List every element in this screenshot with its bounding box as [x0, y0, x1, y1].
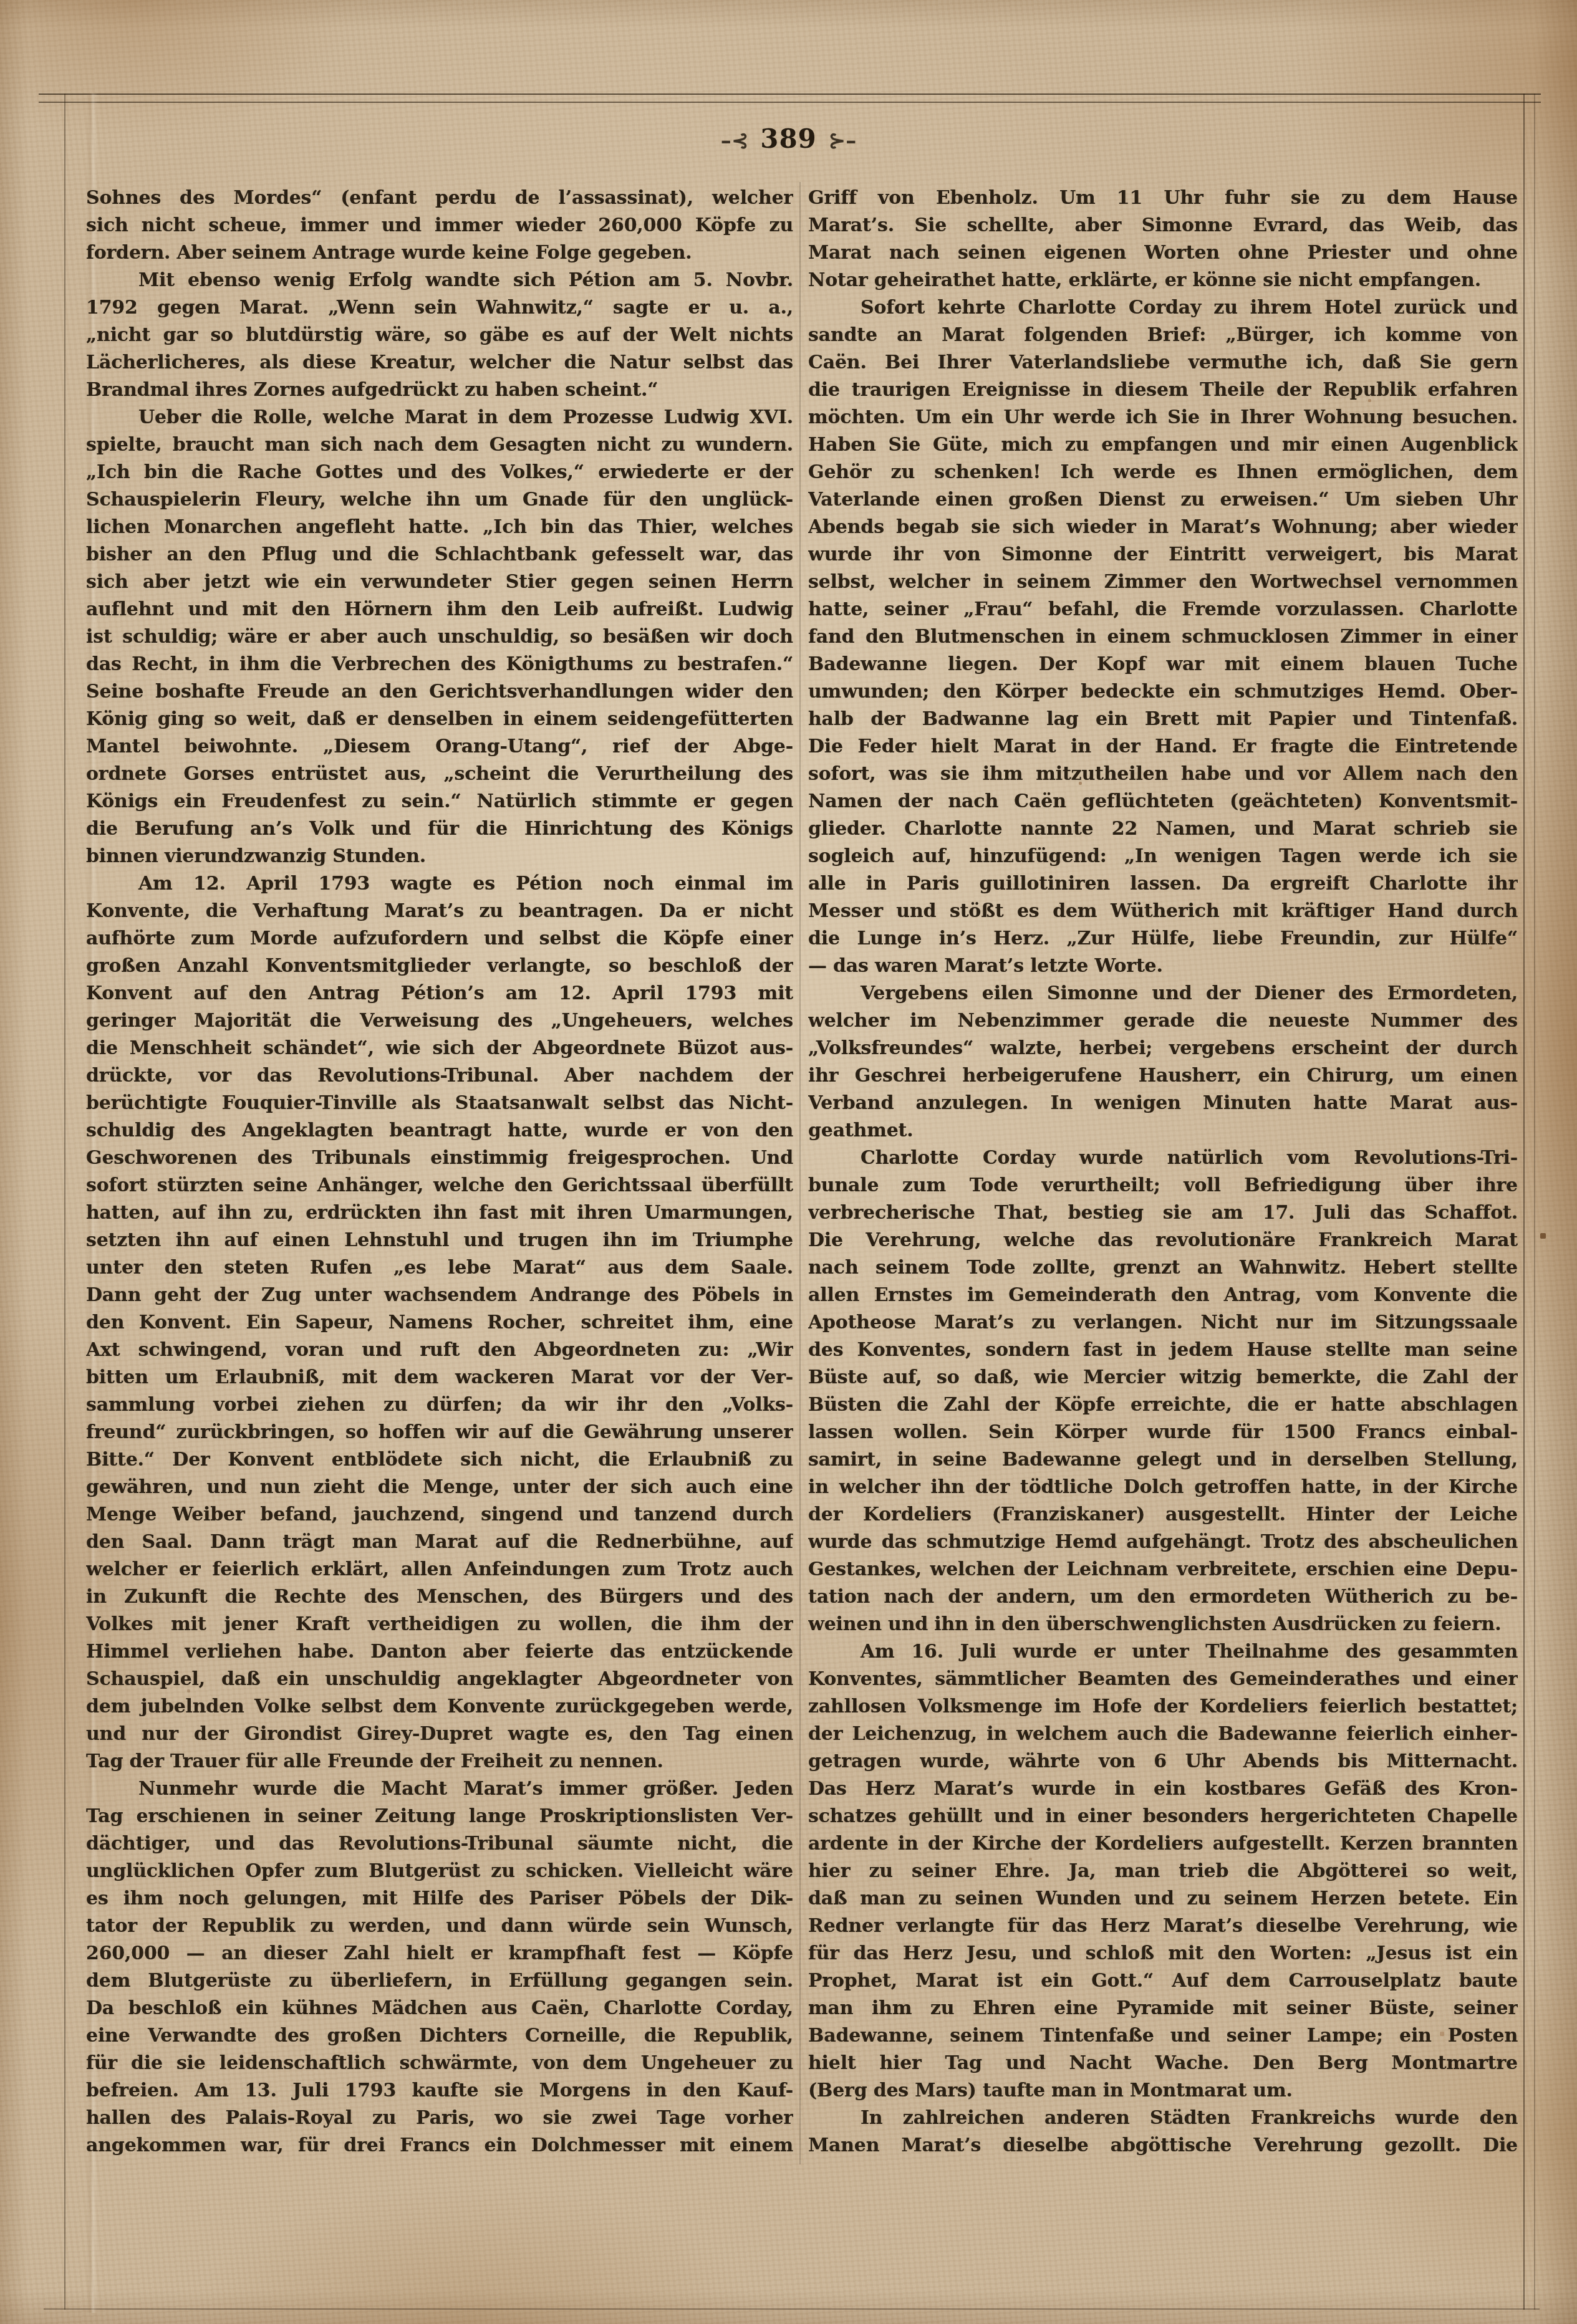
text-line: tator der Republik zu werden, und dann w… [86, 1913, 793, 1940]
text-line: unter den steten Rufen „es lebe Marat“ a… [86, 1254, 793, 1282]
text-line: bisher an den Pflug und die Schlachtbank… [86, 541, 793, 569]
text-line: Messer und stößt es dem Wütherich mit kr… [808, 898, 1518, 925]
text-line: sich nicht scheue, immer und immer wiede… [86, 212, 793, 239]
text-line: ist schuldig; wäre er aber auch unschuld… [86, 623, 793, 651]
text-line: Caën. Bei Ihrer Vaterlandsliebe vermuthe… [808, 349, 1518, 377]
text-line: Verband anzulegen. In wenigen Minuten ha… [808, 1090, 1518, 1117]
left-border-rule [64, 94, 65, 2310]
text-line: hielt hier Tag und Nacht Wache. Den Berg… [808, 2050, 1518, 2077]
text-line: hier zu seiner Ehre. Ja, man trieb die A… [808, 1858, 1518, 1885]
page-number-ornament-left: –⊰ [721, 128, 750, 153]
text-line: welcher im Nebenzimmer gerade die neuest… [808, 1007, 1518, 1035]
text-line: des Konventes, sondern fast in jedem Hau… [808, 1337, 1518, 1364]
text-line: Himmel verliehen habe. Danton aber feier… [86, 1638, 793, 1666]
text-line: Seine boshafte Freude an den Gerichtsver… [86, 678, 793, 706]
text-line: in Zukunft die Rechte des Menschen, des … [86, 1583, 793, 1611]
text-line: spielte, braucht man sich nach dem Gesag… [86, 431, 793, 459]
text-line: welcher er feierlich erklärt, allen Anfe… [86, 1556, 793, 1583]
text-line: Konventes, sämmtlicher Beamten des Gemei… [808, 1666, 1518, 1693]
text-line: berüchtigte Fouquier-Tinville als Staats… [86, 1090, 793, 1117]
text-line: ordnete Gorses entrüstet aus, „scheint d… [86, 761, 793, 788]
text-line: freund“ zurückbringen, so hoffen wir auf… [86, 1419, 793, 1446]
text-line: die Berufung an’s Volk und für die Hinri… [86, 815, 793, 843]
text-line: auflehnt und mit den Hörnern ihm den Lei… [86, 596, 793, 623]
text-line: befreien. Am 13. Juli 1793 kaufte sie Mo… [86, 2077, 793, 2105]
text-line: eine Verwandte des großen Dichters Corne… [86, 2022, 793, 2050]
text-line: sogleich auf, hinzufügend: „In wenigen T… [808, 843, 1518, 870]
text-line: Namen der nach Caën geflüchteten (geächt… [808, 788, 1518, 815]
text-line: Dann geht der Zug unter wachsendem Andra… [86, 1282, 793, 1309]
text-line: Konvente, die Verhaftung Marat’s zu bean… [86, 898, 793, 925]
text-line: Griff von Ebenholz. Um 11 Uhr fuhr sie z… [808, 185, 1518, 212]
text-line: Tag der Trauer für alle Freunde der Frei… [86, 1748, 793, 1775]
text-line: sofort, was sie ihm mitzutheilen habe un… [808, 761, 1518, 788]
text-line: Am 12. April 1793 wagte es Pétion noch e… [86, 870, 793, 898]
text-line: Marat nach seinen eigenen Worten ohne Pr… [808, 239, 1518, 267]
text-line: Manen Marat’s dieselbe abgöttische Vereh… [808, 2132, 1518, 2159]
column-divider-rule [799, 182, 801, 2164]
bottom-border-rule [44, 2308, 1540, 2310]
text-line: großen Anzahl Konventsmitglieder verlang… [86, 953, 793, 980]
text-line: „nicht gar so blutdürstig wäre, so gäbe … [86, 322, 793, 349]
text-line: setzten ihn auf einen Lehnstuhl und trug… [86, 1227, 793, 1254]
text-line: Schauspiel, daß ein unschuldig angeklagt… [86, 1666, 793, 1693]
text-line: Charlotte Corday wurde natürlich vom Rev… [808, 1145, 1518, 1172]
text-line: ihr Geschrei herbeigerufene Hausherr, ei… [808, 1062, 1518, 1090]
text-line: wurde das schmutzige Hemd aufgehängt. Tr… [808, 1529, 1518, 1556]
text-line: Gestankes, welchen der Leichnam verbreit… [808, 1556, 1518, 1583]
text-line: (Berg des Mars) taufte man in Montmarat … [808, 2077, 1518, 2105]
text-line: Das Herz Marat’s wurde in ein kostbares … [808, 1775, 1518, 1803]
text-line: sich aber jetzt wie ein verwundeter Stie… [86, 569, 793, 596]
text-line: lichen Monarchen angefleht hatte. „Ich b… [86, 514, 793, 541]
text-line: schatzes gehüllt und in einer besonders … [808, 1803, 1518, 1830]
text-line: geringer Majorität die Verweisung des „U… [86, 1007, 793, 1035]
text-line: der Kordeliers (Franziskaner) ausgestell… [808, 1501, 1518, 1529]
text-line: die Lunge in’s Herz. „Zur Hülfe, liebe F… [808, 925, 1518, 953]
text-line: alle in Paris guillotiniren lassen. Da e… [808, 870, 1518, 898]
text-line: Lächerlicheres, als diese Kreatur, welch… [86, 349, 793, 377]
text-line: Vergebens eilen Simonne und der Diener d… [808, 980, 1518, 1007]
text-line: Königs ein Freudenfest zu sein.“ Natürli… [86, 788, 793, 815]
text-line: „Volksfreundes“ walzte, herbei; vergeben… [808, 1035, 1518, 1062]
text-line: sandte an Marat folgenden Brief: „Bürger… [808, 322, 1518, 349]
page-number-ornament-right: ⊱– [828, 128, 857, 153]
text-line: Mit ebenso wenig Erfolg wandte sich Péti… [86, 267, 793, 294]
text-line: es ihm noch gelungen, mit Hilfe des Pari… [86, 1885, 793, 1913]
text-line: dem Blutgerüste zu überliefern, in Erfül… [86, 1967, 793, 1995]
text-line: 1792 gegen Marat. „Wenn sein Wahnwitz,“ … [86, 294, 793, 322]
text-line: die traurigen Ereignisse in diesem Theil… [808, 377, 1518, 404]
text-line: weinen und ihn in den überschwenglichste… [808, 1611, 1518, 1638]
text-line: Ueber die Rolle, welche Marat in dem Pro… [86, 404, 793, 431]
text-line: 260,000 — an dieser Zahl hielt er krampf… [86, 1940, 793, 1967]
text-line: lassen wollen. Sein Körper wurde für 150… [808, 1419, 1518, 1446]
page-header: –⊰389⊱– [0, 123, 1577, 154]
text-line: fand den Blutmenschen in einem schmucklo… [808, 623, 1518, 651]
text-line: Axt schwingend, voran und ruft den Abgeo… [86, 1337, 793, 1364]
text-line: Mantel beiwohnte. „Diesem Orang-Utang“, … [86, 733, 793, 761]
text-line: Nunmehr wurde die Macht Marat’s immer gr… [86, 1775, 793, 1803]
text-line: Marat’s. Sie schellte, aber Simonne Evra… [808, 212, 1518, 239]
text-line: zahllosen Volksmenge im Hofe der Kordeli… [808, 1693, 1518, 1721]
text-line: hatte, seiner „Frau“ befahl, die Fremde … [808, 596, 1518, 623]
text-line: — das waren Marat’s letzte Worte. [808, 953, 1518, 980]
text-line: allen Ernstes im Gemeinderath den Antrag… [808, 1282, 1518, 1309]
text-line: ardente in der Kirche der Kordeliers auf… [808, 1830, 1518, 1858]
text-line: Prophet, Marat ist ein Gott.“ Auf dem Ca… [808, 1967, 1518, 1995]
text-line: Menge Weiber befand, jauchzend, singend … [86, 1501, 793, 1529]
text-line: aufhörte zum Morde aufzufordern und selb… [86, 925, 793, 953]
text-line: Redner verlangte für das Herz Marat’s di… [808, 1913, 1518, 1940]
text-line: wurde ihr von Simonne der Eintritt verwe… [808, 541, 1518, 569]
text-line: umwunden; den Körper bedeckte ein schmut… [808, 678, 1518, 706]
text-line: Volkes mit jener Kraft vertheidigen zu w… [86, 1611, 793, 1638]
text-line: geathmet. [808, 1117, 1518, 1145]
text-line: für die sie leidenschaftlich schwärmte, … [86, 2050, 793, 2077]
text-line: In zahlreichen anderen Städten Frankreic… [808, 2105, 1518, 2132]
text-line: Notar geheirathet hatte, erklärte, er kö… [808, 267, 1518, 294]
text-line: dem jubelnden Volke selbst dem Konvente … [86, 1693, 793, 1721]
text-line: und nur der Girondist Girey-Dupret wagte… [86, 1721, 793, 1748]
text-line: „Ich bin die Rache Gottes und des Volkes… [86, 459, 793, 486]
text-line: Badewanne liegen. Der Kopf war mit einem… [808, 651, 1518, 678]
text-line: nach seinem Tode zollte, grenzt an Wahnw… [808, 1254, 1518, 1282]
text-line: Büsten die Zahl der Köpfe erreichte, die… [808, 1391, 1518, 1419]
text-line: Sofort kehrte Charlotte Corday zu ihrem … [808, 294, 1518, 322]
text-line: tation nach der andern, um den ermordete… [808, 1583, 1518, 1611]
text-line: möchten. Um ein Uhr werde ich Sie in Ihr… [808, 404, 1518, 431]
text-line: den Saal. Dann trägt man Marat auf die R… [86, 1529, 793, 1556]
text-line: drückte, vor das Revolutions-Tribunal. A… [86, 1062, 793, 1090]
text-line: daß man zu seinen Wunden und zu seinem H… [808, 1885, 1518, 1913]
text-line: Haben Sie Güte, mich zu empfangen und mi… [808, 431, 1518, 459]
text-line: sofort stürzten seine Anhänger, welche d… [86, 1172, 793, 1199]
text-line: der Leichenzug, in welchem auch die Bade… [808, 1721, 1518, 1748]
text-line: sammlung vorbei ziehen zu dürfen; da wir… [86, 1391, 793, 1419]
text-line: Apotheose Marat’s zu verlangen. Nicht nu… [808, 1309, 1518, 1337]
text-line: Tag erschienen in seiner Zeitung lange P… [86, 1803, 793, 1830]
text-line: Badewanne, seinem Tintenfaße und seiner … [808, 2022, 1518, 2050]
text-column-right: Griff von Ebenholz. Um 11 Uhr fuhr sie z… [808, 185, 1518, 2159]
text-line: binnen vierundzwanzig Stunden. [86, 843, 793, 870]
text-line: Schauspielerin Fleury, welche ihn um Gna… [86, 486, 793, 514]
right-border-rule-outer [1523, 94, 1525, 2310]
text-line: Am 16. Juli wurde er unter Theilnahme de… [808, 1638, 1518, 1666]
text-line: den Konvent. Ein Sapeur, Namens Rocher, … [86, 1309, 793, 1337]
text-line: hatten, auf ihn zu, erdrückten ihn fast … [86, 1199, 793, 1227]
text-line: samirt, in seine Badewanne gelegt und in… [808, 1446, 1518, 1474]
top-rule-inner [39, 102, 1541, 103]
text-line: Die Verehrung, welche das revolutionäre … [808, 1227, 1518, 1254]
text-line: getragen wurde, währte von 6 Uhr Abends … [808, 1748, 1518, 1775]
text-line: König ging so weit, daß er denselben in … [86, 706, 793, 733]
text-line: Geschworenen des Tribunals einstimmig fr… [86, 1145, 793, 1172]
text-line: Da beschloß ein kühnes Mädchen aus Caën,… [86, 1995, 793, 2022]
text-line: verbrecherische That, bestieg sie am 17.… [808, 1199, 1518, 1227]
text-line: das Recht, in ihm die Verbrechen des Kön… [86, 651, 793, 678]
text-line: die Menschheit schändet“, wie sich der A… [86, 1035, 793, 1062]
text-line: schuldig des Angeklagten beantragt hatte… [86, 1117, 793, 1145]
text-line: selbst, welcher in seinem Zimmer den Wor… [808, 569, 1518, 596]
text-line: angekommen war, für drei Francs ein Dolc… [86, 2132, 793, 2159]
text-line: fordern. Aber seinem Antrage wurde keine… [86, 239, 793, 267]
text-line: Vaterlande einen großen Dienst zu erweis… [808, 486, 1518, 514]
paper-stains [0, 0, 1, 1]
text-line: in welcher ihn der tödtliche Dolch getro… [808, 1474, 1518, 1501]
text-line: Brandmal ihres Zornes aufgedrückt zu hab… [86, 377, 793, 404]
text-line: Gehör zu schenken! Ich werde es Ihnen er… [808, 459, 1518, 486]
text-line: man ihm zu Ehren eine Pyramide mit seine… [808, 1995, 1518, 2022]
text-line: bitten um Erlaubniß, mit dem wackeren Ma… [86, 1364, 793, 1391]
text-line: Büste auf, so daß, wie Mercier witzig be… [808, 1364, 1518, 1391]
right-border-rule-inner [1534, 94, 1535, 2310]
text-line: dächtiger, und das Revolutions-Tribunal … [86, 1830, 793, 1858]
text-line: Konvent auf den Antrag Pétion’s am 12. A… [86, 980, 793, 1007]
book-page: –⊰389⊱– Sohnes des Mordes“ (enfant perdu… [0, 0, 1577, 2324]
text-line: unglücklichen Opfer zum Blutgerüst zu sc… [86, 1858, 793, 1885]
page-number: 389 [749, 123, 828, 154]
text-line: halb der Badwanne lag ein Brett mit Papi… [808, 706, 1518, 733]
text-column-left: Sohnes des Mordes“ (enfant perdu de l’as… [86, 185, 793, 2159]
top-rule-outer [39, 94, 1541, 95]
text-line: für das Herz Jesu, und schloß mit den Wo… [808, 1940, 1518, 1967]
text-line: Sohnes des Mordes“ (enfant perdu de l’as… [86, 185, 793, 212]
text-line: Bitte.“ Der Konvent entblödete sich nich… [86, 1446, 793, 1474]
text-line: gewähren, und nun zieht die Menge, unter… [86, 1474, 793, 1501]
text-line: bunale zum Tode verurtheilt; voll Befrie… [808, 1172, 1518, 1199]
text-line: Abends begab sie sich wieder in Marat’s … [808, 514, 1518, 541]
text-line: glieder. Charlotte nannte 22 Namen, und … [808, 815, 1518, 843]
text-line: hallen des Palais-Royal zu Paris, wo sie… [86, 2105, 793, 2132]
text-line: Die Feder hielt Marat in der Hand. Er fr… [808, 733, 1518, 761]
